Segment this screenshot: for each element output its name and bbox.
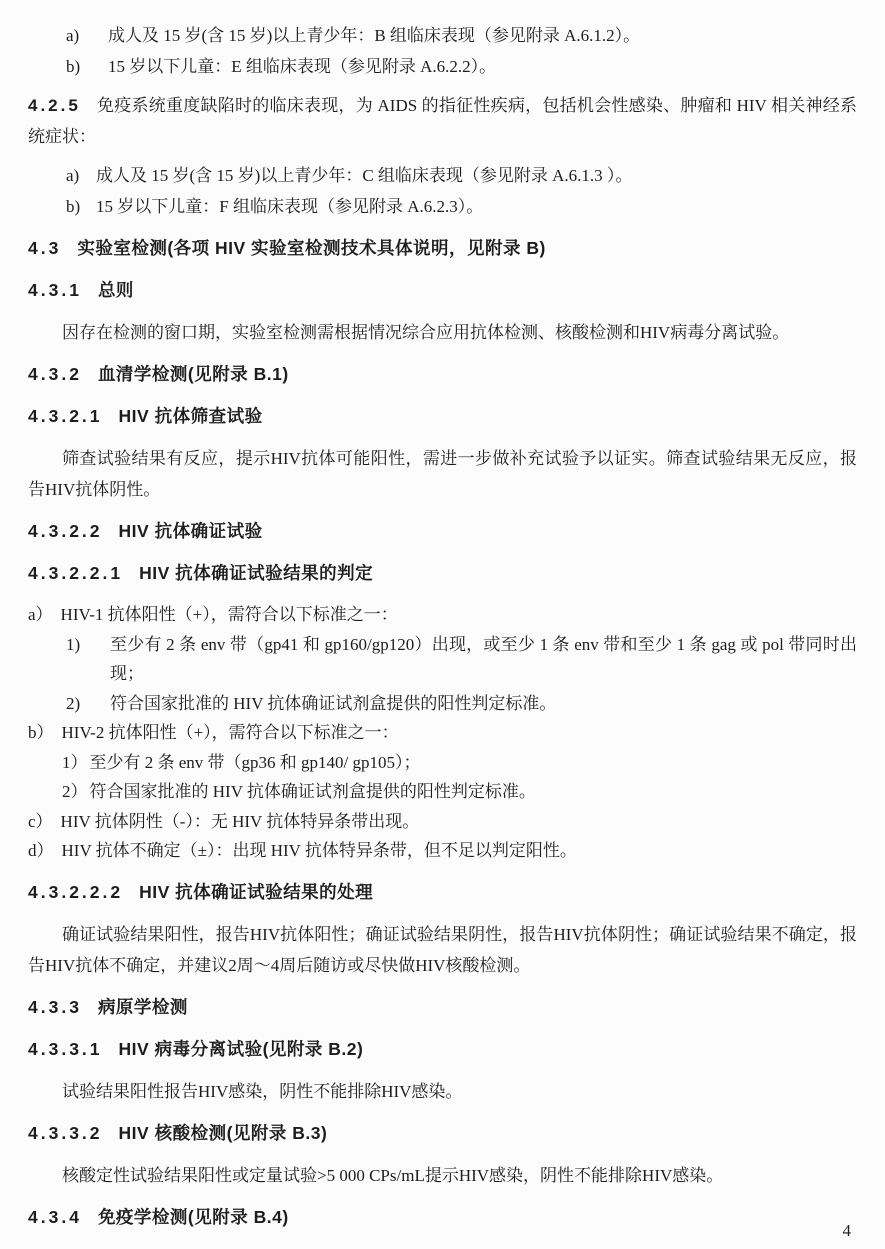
heading-text: HIV 抗体确证试验结果的判定 <box>139 563 373 583</box>
heading-4-3-3-2: 4.3.3.2HIV 核酸检测(见附录 B.3) <box>28 1118 857 1149</box>
heading-text: 实验室检测(各项 HIV 实验室检测技术具体说明，见附录 B) <box>77 238 546 258</box>
heading-number: 4.3.2.1 <box>28 401 103 432</box>
item-marker: a) <box>66 20 108 51</box>
heading-4-3-2: 4.3.2血清学检测(见附录 B.1) <box>28 359 857 390</box>
list-item-adult-b: a) 成人及 15 岁(含 15 岁)以上青少年：B 组临床表现（参见附录 A.… <box>28 20 857 51</box>
criterion-a-2: 2) 符合国家批准的 HIV 抗体确证试剂盒提供的阳性判定标准。 <box>28 689 857 719</box>
criteria-list: a）HIV-1 抗体阳性（+），需符合以下标准之一： 1) 至少有 2 条 en… <box>28 600 857 866</box>
heading-4-3-2-2-1: 4.3.2.2.1HIV 抗体确证试验结果的判定 <box>28 558 857 589</box>
criterion-a-1: 1) 至少有 2 条 env 带（gp41 和 gp160/gp120）出现，或… <box>28 630 857 689</box>
page-number: 4 <box>843 1215 852 1246</box>
paragraph-screening: 筛查试验结果有反应，提示HIV抗体可能阳性，需进一步做补充试验予以证实。筛查试验… <box>28 443 857 505</box>
item-marker: b） <box>28 723 62 742</box>
heading-number: 4.3.2.2.1 <box>28 558 123 589</box>
item-marker: b) <box>66 191 96 222</box>
clinical-list-be: a) 成人及 15 岁(含 15 岁)以上青少年：B 组临床表现（参见附录 A.… <box>28 20 857 82</box>
list-item-adult-c: a) 成人及 15 岁(含 15 岁)以上青少年：C 组临床表现（参见附录 A.… <box>28 160 857 191</box>
item-marker: d） <box>28 841 62 860</box>
criterion-c: c）HIV 抗体阴性（-）：无 HIV 抗体特异条带出现。 <box>28 807 857 837</box>
criterion-b-1: 1）至少有 2 条 env 带（gp36 和 gp140/ gp105）； <box>28 748 857 778</box>
item-marker: c） <box>28 812 61 831</box>
item-text: 符合国家批准的 HIV 抗体确证试剂盒提供的阳性判定标准。 <box>90 782 536 801</box>
heading-4-3-2-1: 4.3.2.1HIV 抗体筛查试验 <box>28 401 857 432</box>
heading-4-3-2-2-2: 4.3.2.2.2HIV 抗体确证试验结果的处理 <box>28 877 857 908</box>
item-marker: a） <box>28 605 61 624</box>
item-marker: 1) <box>66 630 110 689</box>
heading-number: 4.3.3.2 <box>28 1118 103 1149</box>
item-text: HIV-1 抗体阳性（+），需符合以下标准之一： <box>61 605 398 624</box>
criterion-d: d）HIV 抗体不确定（±）：出现 HIV 抗体特异条带，但不足以判定阳性。 <box>28 836 857 866</box>
clinical-list-cf: a) 成人及 15 岁(含 15 岁)以上青少年：C 组临床表现（参见附录 A.… <box>28 160 857 222</box>
heading-text: HIV 抗体筛查试验 <box>119 406 263 426</box>
heading-number: 4.3.2.2.2 <box>28 877 123 908</box>
clause-number: 4.2.5 <box>28 96 97 115</box>
paragraph-virus-isolation: 试验结果阳性报告HIV感染，阴性不能排除HIV感染。 <box>28 1076 857 1107</box>
heading-text: 血清学检测(见附录 B.1) <box>98 364 289 384</box>
heading-number: 4.3.3 <box>28 992 82 1023</box>
item-text: HIV-2 抗体阳性（+），需符合以下标准之一： <box>62 723 399 742</box>
document-page: a) 成人及 15 岁(含 15 岁)以上青少年：B 组临床表现（参见附录 A.… <box>0 0 885 1249</box>
item-text: 至少有 2 条 env 带（gp41 和 gp160/gp120）出现，或至少 … <box>110 630 857 689</box>
item-text: 15 岁以下儿童：E 组临床表现（参见附录 A.6.2.2）。 <box>108 51 857 82</box>
list-item-child-f: b) 15 岁以下儿童：F 组临床表现（参见附录 A.6.2.3）。 <box>28 191 857 222</box>
heading-number: 4.3.2.2 <box>28 516 103 547</box>
heading-text: HIV 核酸检测(见附录 B.3) <box>119 1123 328 1143</box>
item-marker: a) <box>66 160 96 191</box>
item-text: 15 岁以下儿童：F 组临床表现（参见附录 A.6.2.3）。 <box>96 191 857 222</box>
heading-number: 4.3 <box>28 233 61 264</box>
item-text: 成人及 15 岁(含 15 岁)以上青少年：C 组临床表现（参见附录 A.6.1… <box>96 160 857 191</box>
criterion-b: b）HIV-2 抗体阳性（+），需符合以下标准之一： <box>28 718 857 748</box>
paragraph-nucleic-acid: 核酸定性试验结果阳性或定量试验>5 000 CPs/mL提示HIV感染，阴性不能… <box>28 1160 857 1191</box>
heading-4-3-1: 4.3.1总则 <box>28 275 857 306</box>
heading-number: 4.3.4 <box>28 1202 82 1233</box>
criterion-b-2: 2）符合国家批准的 HIV 抗体确证试剂盒提供的阳性判定标准。 <box>28 777 857 807</box>
criterion-a: a）HIV-1 抗体阳性（+），需符合以下标准之一： <box>28 600 857 630</box>
item-text: HIV 抗体不确定（±）：出现 HIV 抗体特异条带，但不足以判定阳性。 <box>62 841 577 860</box>
paragraph-general-rule: 因存在检测的窗口期，实验室检测需根据情况综合应用抗体检测、核酸检测和HIV病毒分… <box>28 317 857 348</box>
item-marker: 2） <box>62 782 90 801</box>
clause-4-2-5: 4.2.5免疫系统重度缺陷时的临床表现，为 AIDS 的指征性疾病，包括机会性感… <box>28 90 857 152</box>
item-marker: 2) <box>66 689 110 719</box>
heading-4-3-3: 4.3.3病原学检测 <box>28 992 857 1023</box>
heading-number: 4.3.1 <box>28 275 82 306</box>
item-text: HIV 抗体阴性（-）：无 HIV 抗体特异条带出现。 <box>61 812 420 831</box>
item-marker: b) <box>66 51 108 82</box>
heading-text: HIV 病毒分离试验(见附录 B.2) <box>119 1039 364 1059</box>
heading-4-3-2-2: 4.3.2.2HIV 抗体确证试验 <box>28 516 857 547</box>
item-text: 符合国家批准的 HIV 抗体确证试剂盒提供的阳性判定标准。 <box>110 689 857 719</box>
heading-text: HIV 抗体确证试验 <box>119 521 263 541</box>
heading-4-3-4: 4.3.4免疫学检测(见附录 B.4) <box>28 1202 857 1233</box>
heading-4-3-3-1: 4.3.3.1HIV 病毒分离试验(见附录 B.2) <box>28 1034 857 1065</box>
heading-text: HIV 抗体确证试验结果的处理 <box>139 882 373 902</box>
heading-text: 病原学检测 <box>98 997 188 1017</box>
item-text: 成人及 15 岁(含 15 岁)以上青少年：B 组临床表现（参见附录 A.6.1… <box>108 20 857 51</box>
heading-text: 免疫学检测(见附录 B.4) <box>98 1207 289 1227</box>
item-text: 至少有 2 条 env 带（gp36 和 gp140/ gp105）； <box>90 753 421 772</box>
heading-text: 总则 <box>98 280 134 300</box>
heading-number: 4.3.2 <box>28 359 82 390</box>
heading-4-3: 4.3实验室检测(各项 HIV 实验室检测技术具体说明，见附录 B) <box>28 233 857 264</box>
paragraph-confirm-result: 确证试验结果阳性，报告HIV抗体阳性；确证试验结果阴性，报告HIV抗体阴性；确证… <box>28 919 857 981</box>
item-marker: 1） <box>62 753 90 772</box>
clause-text: 免疫系统重度缺陷时的临床表现，为 AIDS 的指征性疾病，包括机会性感染、肿瘤和… <box>28 96 857 146</box>
heading-number: 4.3.3.1 <box>28 1034 103 1065</box>
list-item-child-e: b) 15 岁以下儿童：E 组临床表现（参见附录 A.6.2.2）。 <box>28 51 857 82</box>
